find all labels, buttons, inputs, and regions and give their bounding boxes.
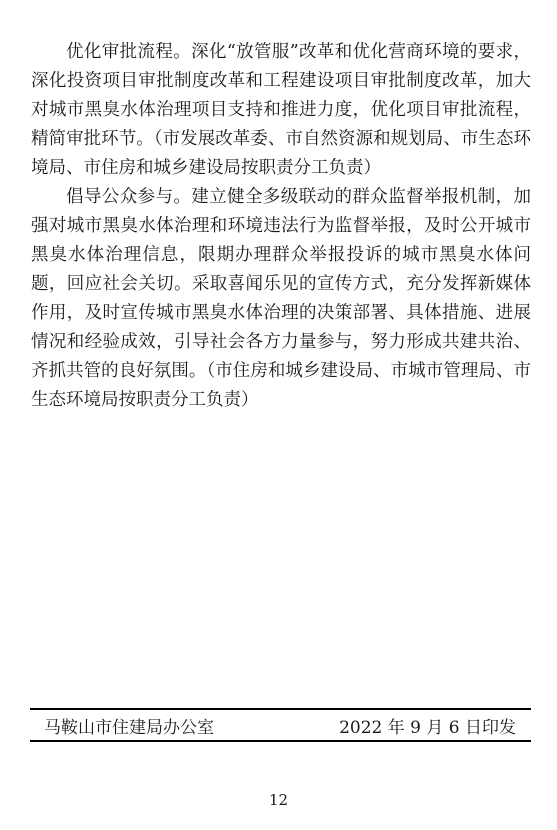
footer-print-date: 2022 年 9 月 6 日印发	[339, 713, 516, 738]
document-footer: 马鞍山市住建局办公室 2022 年 9 月 6 日印发	[30, 708, 531, 742]
document-page: 优化审批流程。深化“放管服”改革和优化营商环境的要求，深化投资项目审批制度改革和…	[0, 0, 557, 830]
paragraph-public-participation: 倡导公众参与。建立健全多级联动的群众监督举报机制，加强对城市黑臭水体治理和环境违…	[31, 183, 531, 415]
paragraph-approval-process: 优化审批流程。深化“放管服”改革和优化营商环境的要求，深化投资项目审批制度改革和…	[31, 38, 531, 183]
footer-row: 马鞍山市住建局办公室 2022 年 9 月 6 日印发	[30, 710, 531, 740]
page-number: 12	[0, 791, 557, 809]
document-body: 优化审批流程。深化“放管服”改革和优化营商环境的要求，深化投资项目审批制度改革和…	[31, 38, 531, 415]
footer-issuer: 马鞍山市住建局办公室	[44, 713, 214, 738]
footer-bottom-rule	[30, 740, 531, 742]
